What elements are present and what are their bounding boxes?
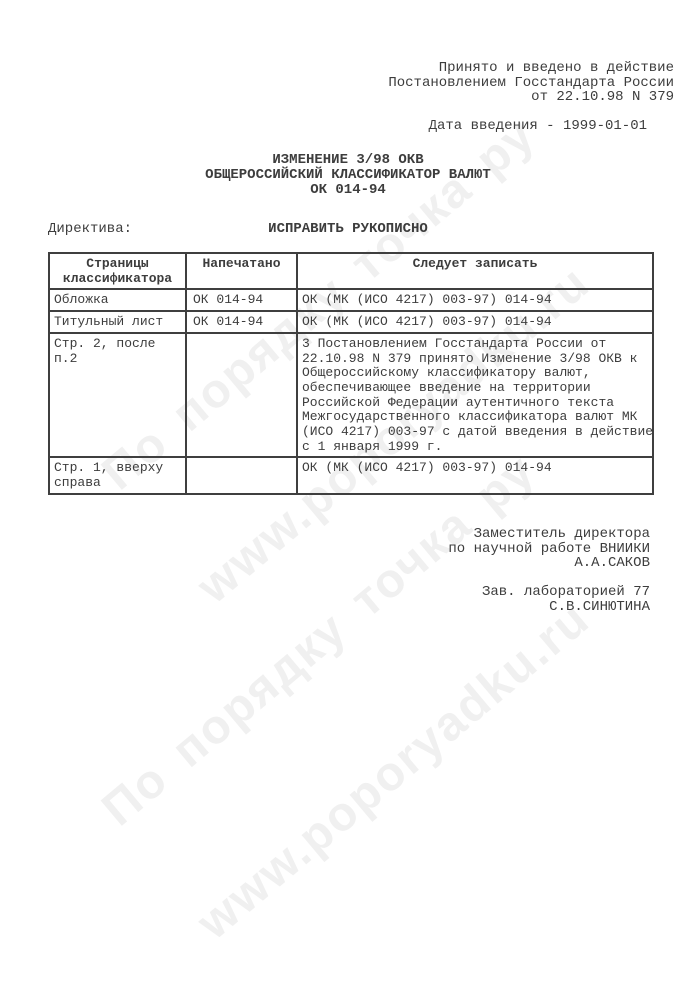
cell-should-write: ОК (МК (ИСО 4217) 003-97) 014-94: [297, 289, 653, 311]
directive-row: Директива: ИСПРАВИТЬ РУКОПИСНО: [48, 221, 648, 237]
cell-printed: ОК 014-94: [186, 289, 297, 311]
cell-printed: [186, 333, 297, 458]
table-row: Обложка ОК 014-94 ОК (МК (ИСО 4217) 003-…: [49, 289, 653, 311]
table-row: Титульный лист ОК 014-94 ОК (МК (ИСО 421…: [49, 311, 653, 333]
cell-page: Титульный лист: [49, 311, 186, 333]
directive-value: ИСПРАВИТЬ РУКОПИСНО: [48, 221, 648, 237]
column-header-printed: Напечатано: [186, 253, 297, 289]
document-page: { "colors": { "text": "#3d3d3d", "table_…: [0, 0, 700, 990]
column-header-pages: Страницы классификатора: [49, 253, 186, 289]
page-title: ИЗМЕНЕНИЕ 3/98 ОКВ ОБЩЕРОССИЙСКИЙ КЛАССИ…: [48, 153, 648, 199]
introduction-date: Дата введения - 1999-01-01: [429, 119, 647, 134]
cell-page: Стр. 1, вверху справа: [49, 457, 186, 493]
table-row: Стр. 1, вверху справа ОК (МК (ИСО 4217) …: [49, 457, 653, 493]
cell-should-write: ОК (МК (ИСО 4217) 003-97) 014-94: [297, 457, 653, 493]
cell-should-write: ОК (МК (ИСО 4217) 003-97) 014-94: [297, 311, 653, 333]
cell-should-write: 3 Постановлением Госстандарта России от …: [297, 333, 653, 458]
table-header-row: Страницы классификатора Напечатано Следу…: [49, 253, 653, 289]
column-header-should-write: Следует записать: [297, 253, 653, 289]
cell-printed: [186, 457, 297, 493]
signature-deputy-director: Заместитель директора по научной работе …: [448, 527, 650, 571]
corrections-table: Страницы классификатора Напечатано Следу…: [48, 252, 654, 495]
cell-page: Стр. 2, после п.2: [49, 333, 186, 458]
acceptance-block: Принято и введено в действие Постановлен…: [388, 61, 674, 105]
cell-page: Обложка: [49, 289, 186, 311]
table-row: Стр. 2, после п.2 3 Постановлением Госст…: [49, 333, 653, 458]
signature-lab-head: Зав. лабораторией 77 С.В.СИНЮТИНА: [482, 585, 650, 614]
cell-printed: ОК 014-94: [186, 311, 297, 333]
document-content: Принято и введено в действие Постановлен…: [0, 0, 700, 990]
